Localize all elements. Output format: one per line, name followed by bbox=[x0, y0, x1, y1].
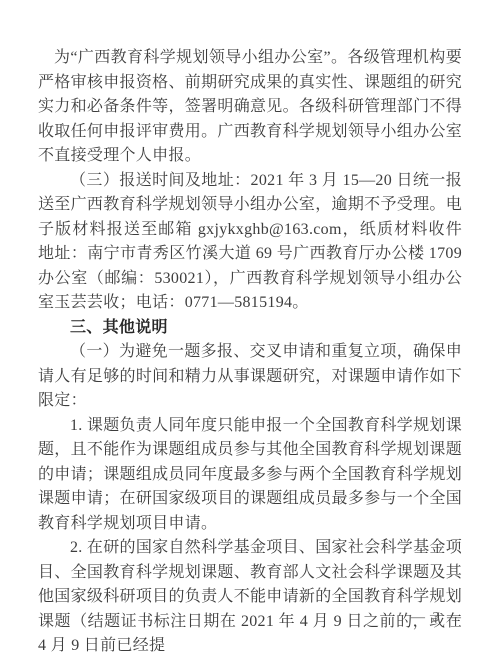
section-heading-other-notes: 三、其他说明 bbox=[38, 316, 462, 341]
body-paragraph-continuation: 为“广西教育科学规划领导小组办公室”。各级管理机构要严格审核申报资格、前期研究成… bbox=[38, 46, 462, 169]
body-paragraph-rule-1: 1. 课题负责人同年度只能申报一个全国教育科学规划课题，且不能作为课题组成员参与… bbox=[38, 414, 462, 537]
document-body: 为“广西教育科学规划领导小组办公室”。各级管理机构要严格审核申报资格、前期研究成… bbox=[38, 46, 462, 659]
body-paragraph-rule-2: 2. 在研的国家自然科学基金项目、国家社会科学基金项目、全国教育科学规划课题、教… bbox=[38, 536, 462, 659]
page-number: — 3 — bbox=[411, 611, 463, 625]
body-paragraph-submission-info: （三）报送时间及地址：2021 年 3 月 15—20 日统一报送至广西教育科学… bbox=[38, 169, 462, 316]
body-paragraph-restrictions-intro: （一）为避免一题多报、交叉申请和重复立项，确保申请人有足够的时间和精力从事课题研… bbox=[38, 340, 462, 414]
document-page: 为“广西教育科学规划领导小组办公室”。各级管理机构要严格审核申报资格、前期研究成… bbox=[0, 0, 500, 659]
